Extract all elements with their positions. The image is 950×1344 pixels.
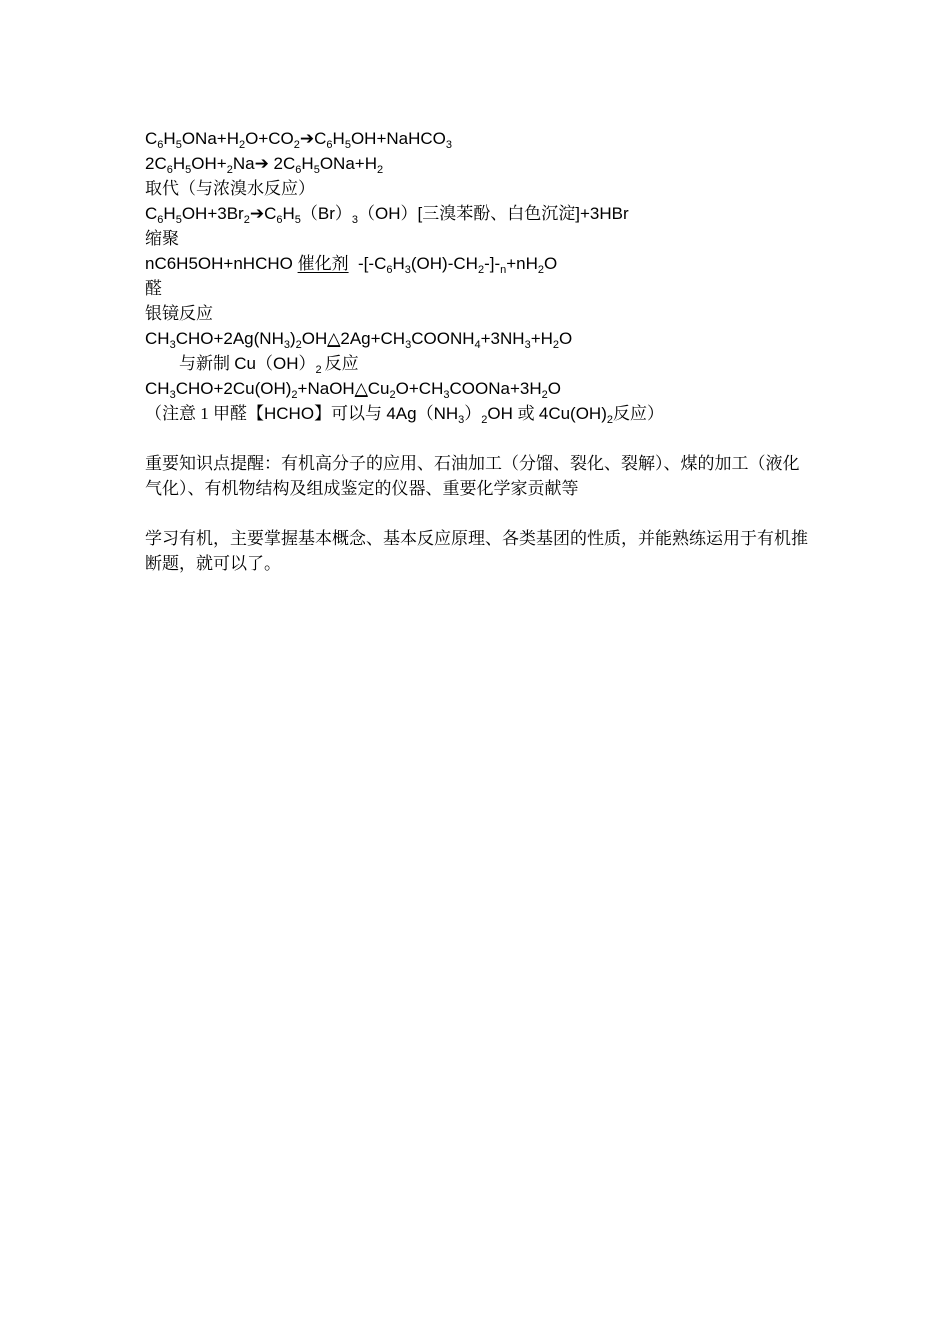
latin-text: H [392,254,404,273]
latin-text: OH [273,354,299,373]
cjk-text: 醛 [145,279,162,298]
subscript-text: 3 [443,389,449,401]
latin-text: (OH)-CH [411,254,478,273]
cjk-text: 取代（与浓溴水反应） [145,179,315,198]
cjk-text: （ [358,204,375,223]
latin-text: OH+ [191,154,226,173]
cjk-text: （ [256,354,273,373]
subscript-text: n [500,264,506,276]
arrow-icon: ➔ [250,204,264,224]
cjk-text: ） [464,404,481,423]
latin-text: C [264,204,276,223]
text-line: （注意 1 甲醛【HCHO】可以与 4Ag（NH3）2OH 或 4Cu(OH)2… [145,401,835,426]
arrow-icon: ➔ [255,154,269,174]
text-line: C6H5OH+3Br2➔C6H5（Br）3（OH）[三溴苯酚、白色沉淀]+3HB… [145,201,835,226]
subscript-text: 3 [405,339,411,351]
latin-text: ONa+H [320,154,377,173]
subscript-text: 2 [291,389,297,401]
cjk-text: ） [335,204,352,223]
subscript-text: 3 [352,214,358,226]
latin-text: ]+3HBr [575,204,628,223]
latin-text: +nH [506,254,538,273]
subscript-text: 6 [167,164,173,176]
latin-text: O+CO [245,129,294,148]
cjk-text: （ [301,204,318,223]
subscript-text: 2 [481,414,487,426]
document-page: C6H5ONa+H2O+CO2➔C6H5OH+NaHCO32C6H5OH+2Na… [0,0,950,1344]
latin-text: OH [375,204,401,223]
text-line: 取代（与浓溴水反应） [145,176,835,201]
latin-text: HCHO [264,404,314,423]
subscript-text: 3 [405,264,411,276]
text-line: nC6H5OH+nHCHO 催化剂 -[-C6H3(OH)-CH2-]-n+nH… [145,251,835,276]
latin-text: OH [302,329,328,348]
text-line: 重要知识点提醒：有机高分子的应用、石油加工（分馏、裂化、裂解）、煤的加工（液化 [145,451,835,476]
latin-text: OH+3Br [182,204,244,223]
heat-triangle-icon: △ [327,329,340,349]
latin-text: O [559,329,572,348]
subscript-text: 2 [227,164,233,176]
subscript-text: 6 [276,214,282,226]
subscript-text: 2 [538,264,544,276]
latin-text: OH [487,404,517,423]
cjk-text: 缩聚 [145,229,179,248]
subscript-text: 3 [446,139,452,151]
latin-text: Na [233,154,255,173]
text-line: CH3CHO+2Ag(NH3)2OH△2Ag+CH3COONH4+3NH3+H2… [145,326,835,351]
blank-line [145,426,835,451]
text-line: 银镜反应 [145,301,835,326]
latin-text: H [333,129,345,148]
latin-text: +3NH [481,329,525,348]
latin-text: Br [318,204,335,223]
subscript-text: 2 [553,339,559,351]
subscript-text: 5 [314,164,320,176]
subscript-text: 6 [157,139,163,151]
subscript-text: 2 [315,364,324,376]
text-line: 与新制 Cu（OH）2 反应 [145,351,835,376]
subscript-text: 2 [244,214,250,226]
subscript-text: 2 [390,389,396,401]
text-line: 断题，就可以了。 [145,551,835,576]
subscript-text: 3 [170,339,176,351]
cjk-text: 气化）、有机物结构及组成鉴定的仪器、重要化学家贡献等 [145,479,579,498]
subscript-text: 6 [386,264,392,276]
subscript-text: 2 [607,414,613,426]
latin-text: H [163,204,175,223]
latin-text: H [301,154,313,173]
subscript-text: 5 [176,139,182,151]
text-line: 2C6H5OH+2Na➔ 2C6H5ONa+H2 [145,151,835,176]
arrow-icon: ➔ [300,129,314,149]
latin-text: CH [145,329,170,348]
subscript-text: 5 [345,139,351,151]
cjk-text: 反应 [325,354,359,373]
subscript-text: 4 [475,339,481,351]
subscript-text: 6 [326,139,332,151]
subscript-text: 2 [296,339,302,351]
cjk-text: 三溴苯酚、白色沉淀 [422,204,575,223]
subscript-text: 2 [478,264,484,276]
blank-line [145,501,835,526]
document-body: C6H5ONa+H2O+CO2➔C6H5OH+NaHCO32C6H5OH+2Na… [145,126,835,576]
latin-text: C [314,129,326,148]
cjk-text: 重要知识点提醒：有机高分子的应用、石油加工（分馏、裂化、裂解）、煤的加工（液化 [145,454,800,473]
text-line: 气化）、有机物结构及组成鉴定的仪器、重要化学家贡献等 [145,476,835,501]
latin-text: H [163,129,175,148]
latin-text: H [173,154,185,173]
cjk-text: （注意 1 甲醛【 [145,404,264,423]
latin-text: 4Cu(OH) [539,404,607,423]
text-line: CH3CHO+2Cu(OH)2+NaOH△Cu2O+CH3COONa+3H2O [145,376,835,401]
cjk-text: ） [298,354,315,373]
subscript-text: 2 [542,389,548,401]
latin-text: COONH [411,329,474,348]
cjk-text: 银镜反应 [145,304,213,323]
cjk-text: 与新制 [179,354,234,373]
subscript-text: 3 [284,339,290,351]
latin-text: O [544,254,557,273]
subscript-text: 5 [185,164,191,176]
latin-text: O [548,379,561,398]
latin-text: -[-C [349,254,387,273]
latin-text: 2C [145,154,167,173]
subscript-text: 2 [239,139,245,151]
latin-text: ONa+H [182,129,239,148]
latin-text: -]- [484,254,500,273]
cjk-text: 或 [518,404,539,423]
latin-text: Cu [368,379,390,398]
latin-text: 2C [269,154,295,173]
latin-text: O+CH [396,379,444,398]
subscript-text: 6 [157,214,163,226]
subscript-text: 3 [458,414,464,426]
cjk-text: 】可以与 [314,404,386,423]
latin-text: +H [531,329,553,348]
text-line: 醛 [145,276,835,301]
cjk-text: （ [417,404,434,423]
latin-text: 4Ag [386,404,416,423]
subscript-text: 3 [170,389,176,401]
latin-text: Cu [234,354,256,373]
cjk-text: 反应） [613,404,664,423]
latin-text: CHO+2Cu(OH) [176,379,292,398]
catalyst-underlined-label: 催化剂 [298,254,349,273]
text-line: 学习有机，主要掌握基本概念、基本反应原理、各类基团的性质，并能熟练运用于有机推 [145,526,835,551]
subscript-text: 5 [295,214,301,226]
latin-text: CHO+2Ag(NH [176,329,284,348]
latin-text: +NaOH [298,379,355,398]
latin-text: C [145,204,157,223]
heat-triangle-icon: △ [355,379,368,399]
latin-text: ) [290,329,296,348]
latin-text: C [145,129,157,148]
latin-text: 2Ag+CH [340,329,405,348]
text-line: 缩聚 [145,226,835,251]
latin-text: CH [145,379,170,398]
cjk-text: 断题，就可以了。 [145,554,281,573]
latin-text: nC6H5OH+nHCHO [145,254,298,273]
text-line: C6H5ONa+H2O+CO2➔C6H5OH+NaHCO3 [145,126,835,151]
subscript-text: 2 [294,139,300,151]
latin-text: OH+NaHCO [351,129,446,148]
latin-text: COONa+3H [449,379,541,398]
latin-text: NH [434,404,459,423]
subscript-text: 2 [377,164,383,176]
latin-text: H [282,204,294,223]
cjk-text: ） [401,204,418,223]
cjk-text: 学习有机，主要掌握基本概念、基本反应原理、各类基团的性质，并能熟练运用于有机推 [145,529,808,548]
subscript-text: 6 [295,164,301,176]
subscript-text: 3 [525,339,531,351]
subscript-text: 5 [176,214,182,226]
